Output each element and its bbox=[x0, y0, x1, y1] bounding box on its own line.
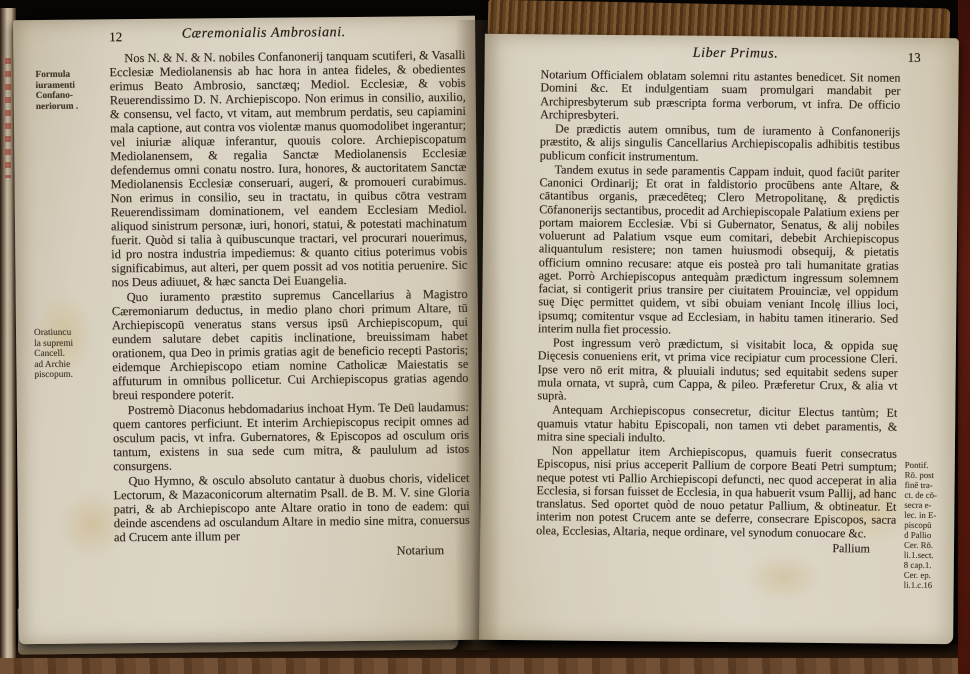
left-page-text-column: Nos N. & N. & N. nobiles Confanonerij ta… bbox=[109, 48, 470, 560]
red-stamp-marks bbox=[5, 58, 11, 178]
open-book-photo: 12 Cæremonialis Ambrosiani. Formula iura… bbox=[0, 0, 970, 674]
left-page-number: 12 bbox=[109, 29, 122, 45]
paragraph: Notarium Officialem oblatam solemni ritu… bbox=[540, 68, 900, 124]
left-page: 12 Cæremonialis Ambrosiani. Formula iura… bbox=[13, 16, 481, 644]
right-page-text-column: Notarium Officialem oblatam solemni ritu… bbox=[536, 68, 901, 555]
left-catchword: Notarium bbox=[114, 543, 470, 560]
margin-note-oratiuncula: Oratiuncu la supremi Cancell. ad Archie … bbox=[34, 327, 107, 381]
paragraph: De prædictis autem omnibus, tum de iuram… bbox=[540, 122, 900, 165]
right-running-title: Liber Primus. bbox=[693, 46, 779, 63]
paragraph: Tandem exutus in sede paramentis Cappam … bbox=[538, 163, 900, 339]
paragraph: Quo Hymno, & osculo absoluto cantatur à … bbox=[113, 471, 470, 544]
left-running-title: Cæremonialis Ambrosiani. bbox=[182, 25, 346, 43]
right-page: Liber Primus. 13 Notarium Officialem obl… bbox=[479, 34, 959, 645]
right-catchword: Pallium bbox=[536, 539, 896, 556]
paragraph: Non appellatur item Archiepiscopus, quam… bbox=[536, 444, 897, 540]
right-page-number: 13 bbox=[908, 50, 921, 66]
table-surface bbox=[0, 658, 970, 674]
book-cover-edge-right bbox=[958, 0, 970, 674]
paper-stain bbox=[743, 552, 823, 603]
paragraph: Antequam Archiepiscopus consecretur, dic… bbox=[537, 404, 897, 447]
margin-note-pontificale: Pontif. Rō. post finē tra- ct. de cō- se… bbox=[904, 460, 953, 590]
paragraph: Quo iuramento præstito supremus Cancella… bbox=[112, 287, 469, 402]
margin-note-formula-iuramenti: Formula iuramenti Confano- neriorum . bbox=[35, 69, 105, 112]
paragraph: Post ingressum verò prædictum, si visita… bbox=[537, 336, 898, 406]
paragraph: Postremò Diaconus hebdomadarius inchoat … bbox=[113, 400, 470, 473]
paragraph: Nos N. & N. & N. nobiles Confanonerij ta… bbox=[109, 48, 467, 289]
